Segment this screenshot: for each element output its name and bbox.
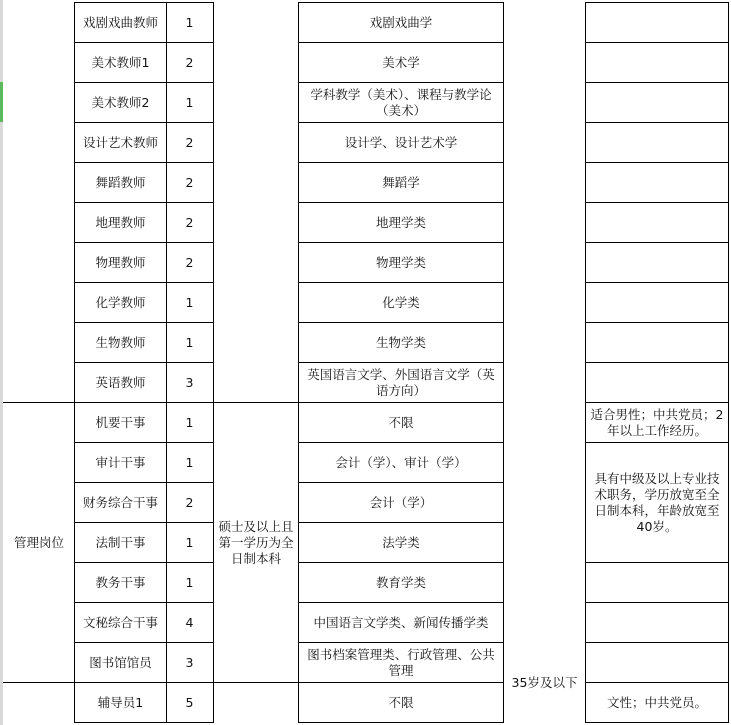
cell-remarks[interactable]: [585, 242, 729, 283]
cell-count[interactable]: 2: [166, 162, 214, 203]
cell-remarks[interactable]: 文性；中共党员。: [585, 682, 729, 723]
cell-position[interactable]: 物理教师: [74, 242, 167, 283]
cell-position[interactable]: 生物教师: [74, 322, 167, 363]
cell-major[interactable]: 会计（学）、审计（学）: [298, 442, 504, 483]
cell-count[interactable]: 2: [166, 482, 214, 523]
cell-major[interactable]: 会计（学）: [298, 482, 504, 523]
cell-education[interactable]: [213, 682, 299, 725]
cell-major[interactable]: 不限: [298, 402, 504, 443]
cell-position[interactable]: 戏剧戏曲教师: [74, 2, 167, 43]
cell-position[interactable]: 财务综合干事: [74, 482, 167, 523]
cell-position[interactable]: 舞蹈教师: [74, 162, 167, 203]
cell-major[interactable]: 不限: [298, 682, 504, 723]
cell-remarks[interactable]: [585, 202, 729, 243]
cell-count[interactable]: 1: [166, 402, 214, 443]
cell-major[interactable]: 地理学类: [298, 202, 504, 243]
cell-position[interactable]: 地理教师: [74, 202, 167, 243]
cell-major[interactable]: 化学类: [298, 282, 504, 323]
cell-major[interactable]: 美术学: [298, 42, 504, 83]
cell-remarks[interactable]: [585, 562, 729, 603]
cell-position[interactable]: 审计干事: [74, 442, 167, 483]
cell-remarks[interactable]: [585, 162, 729, 203]
cell-position[interactable]: 英语教师: [74, 362, 167, 403]
cell-count[interactable]: 1: [166, 442, 214, 483]
cell-count[interactable]: 1: [166, 562, 214, 603]
cell-major[interactable]: 舞蹈学: [298, 162, 504, 203]
cell-major[interactable]: 设计学、设计艺术学: [298, 122, 504, 163]
cell-count[interactable]: 3: [166, 362, 214, 403]
cell-major[interactable]: 教育学类: [298, 562, 504, 603]
cell-major[interactable]: 法学类: [298, 522, 504, 563]
cell-position[interactable]: 法制干事: [74, 522, 167, 563]
cell-position[interactable]: 美术教师1: [74, 42, 167, 83]
cell-count[interactable]: 1: [166, 82, 214, 123]
cell-remarks[interactable]: [585, 42, 729, 83]
cell-remarks[interactable]: [585, 2, 729, 43]
cell-count[interactable]: 1: [166, 522, 214, 563]
cell-count[interactable]: 2: [166, 242, 214, 283]
cell-position[interactable]: 辅导员1: [74, 682, 167, 723]
cell-count[interactable]: 4: [166, 602, 214, 643]
cell-major[interactable]: 生物学类: [298, 322, 504, 363]
cell-remarks[interactable]: [585, 642, 729, 683]
cell-position[interactable]: 美术教师2: [74, 82, 167, 123]
cell-remarks[interactable]: [585, 362, 729, 403]
cell-position[interactable]: 机要干事: [74, 402, 167, 443]
cell-position[interactable]: 文秘综合干事: [74, 602, 167, 643]
cell-count[interactable]: 2: [166, 122, 214, 163]
cell-count[interactable]: 1: [166, 2, 214, 43]
cell-major[interactable]: 图书档案管理类、行政管理、公共管理: [298, 642, 504, 683]
cell-count[interactable]: 5: [166, 682, 214, 723]
cell-age[interactable]: 35岁及以下: [504, 643, 585, 723]
cell-major[interactable]: 中国语言文学类、新闻传播学类: [298, 602, 504, 643]
cell-remarks[interactable]: [585, 322, 729, 363]
cell-category[interactable]: 管理岗位: [3, 402, 75, 683]
cell-major[interactable]: 英国语言文学、外国语言文学（英语方向）: [298, 362, 504, 403]
cell-count[interactable]: 2: [166, 202, 214, 243]
cell-remarks[interactable]: [585, 282, 729, 323]
cell-count[interactable]: 2: [166, 42, 214, 83]
cell-position[interactable]: 化学教师: [74, 282, 167, 323]
cell-remarks[interactable]: [585, 602, 729, 643]
cell-count[interactable]: 1: [166, 282, 214, 323]
cell-position[interactable]: 图书馆馆员: [74, 642, 167, 683]
cell-remarks-merged[interactable]: 具有中级及以上专业技术职务，学历放宽至全日制本科，年龄放宽至40岁。: [585, 442, 729, 563]
cell-position[interactable]: 设计艺术教师: [74, 122, 167, 163]
cell-education[interactable]: 硕士及以上且第一学历为全日制本科: [213, 402, 299, 683]
cell-remarks[interactable]: [585, 82, 729, 123]
cell-major[interactable]: 学科教学（美术）、课程与教学论（美术）: [298, 82, 504, 123]
cell-major[interactable]: 物理学类: [298, 242, 504, 283]
cell-position[interactable]: 教务干事: [74, 562, 167, 603]
recruitment-table: 戏剧戏曲教师 1 戏剧戏曲学 美术教师1 2 美术学 美术教师2 1 学科教学（…: [0, 0, 731, 725]
cell-count[interactable]: 1: [166, 322, 214, 363]
cell-major[interactable]: 戏剧戏曲学: [298, 2, 504, 43]
cell-remarks[interactable]: [585, 122, 729, 163]
cell-count[interactable]: 3: [166, 642, 214, 683]
cell-category[interactable]: [3, 682, 75, 725]
cell-remarks[interactable]: 适合男性；中共党员；2年以上工作经历。: [585, 402, 729, 443]
